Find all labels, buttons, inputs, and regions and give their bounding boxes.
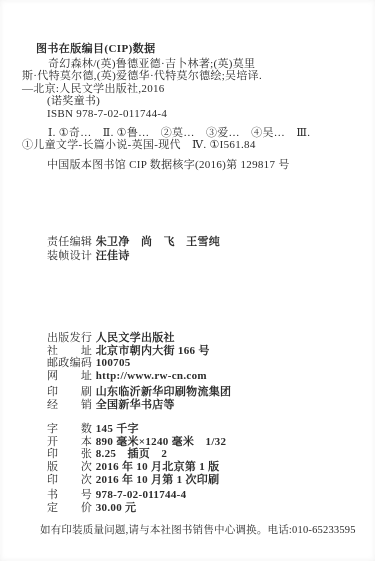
colophon-row: 印 刷 山东临沂新华印刷物流集团 <box>47 386 231 399</box>
field-value: 890 毫米×1240 毫米 1/32 <box>96 436 227 448</box>
field-value: 朱卫净 尚 飞 王雪纯 <box>96 236 220 248</box>
cip-classification: Ⅰ. ①奇… Ⅱ. ①鲁… ②莫… ③爱… ④吴… Ⅲ. ①儿童文学-长篇小说-… <box>22 127 310 152</box>
book-number-group: 书 号 978-7-02-011744-4 定 价 30.00 元 <box>47 489 186 514</box>
field-value: 2016 年 10 月北京第 1 版 <box>96 461 220 473</box>
field-label: 印 张 <box>47 448 93 461</box>
cip-description: 奇幻森林/(英)鲁德亚德·吉卜林著;(英)莫里 斯·代特莫尔德,(英)爱德华·代… <box>22 58 262 120</box>
isbn-line: ISBN 978-7-02-011744-4 <box>22 108 262 120</box>
field-label: 书 号 <box>47 489 93 502</box>
printing-info-group: 印 刷 山东临沂新华印刷物流集团 经 销 全国新华书店等 <box>47 386 231 411</box>
field-value: 山东临沂新华印刷物流集团 <box>96 386 232 398</box>
series-name: (诺奖童书) <box>22 95 262 107</box>
field-label: 版 次 <box>47 461 93 474</box>
colophon-row: 邮政编码 100705 <box>47 357 210 370</box>
field-label: 装帧设计 <box>47 250 93 264</box>
cip-desc-line-2: 斯·代特莫尔德,(英)爱德华·代特莫尔德绘;吴培译. <box>22 70 262 82</box>
colophon-row: 定 价 30.00 元 <box>47 502 186 515</box>
field-value: http://www.rw-cn.com <box>96 370 207 382</box>
field-label: 社 址 <box>47 345 93 358</box>
field-label: 开 本 <box>47 436 93 449</box>
classification-line-2: ①儿童文学-长篇小说-英国-现代 Ⅳ. ①I561.84 <box>22 139 310 151</box>
staff-block: 责任编辑 朱卫净 尚 飞 王雪纯 装帧设计 汪佳诗 <box>47 236 220 263</box>
colophon-row: 印 张 8.25 插页 2 <box>47 448 226 461</box>
quality-exchange-note: 如有印装质量问题,请与本社图书销售中心调换。电话:010-65233595 <box>40 522 356 537</box>
colophon-row: 开 本 890 毫米×1240 毫米 1/32 <box>47 436 226 449</box>
field-value: 2016 年 10 月第 1 次印刷 <box>96 474 220 486</box>
field-label: 定 价 <box>47 502 93 515</box>
cip-header: 图书在版编目(CIP)数据 <box>36 40 155 56</box>
field-value: 全国新华书店等 <box>96 399 175 411</box>
field-label: 经 销 <box>47 399 93 412</box>
field-label: 印 刷 <box>47 386 93 399</box>
staff-row-editors: 责任编辑 朱卫净 尚 飞 王雪纯 <box>47 236 220 250</box>
colophon-row: 经 销 全国新华书店等 <box>47 399 231 412</box>
field-label: 印 次 <box>47 474 93 487</box>
publisher-info-group: 出版发行 人民文学出版社 社 址 北京市朝内大街 166 号 邮政编码 1007… <box>47 332 210 383</box>
cip-desc-line-3: —北京:人民文学出版社,2016 <box>22 83 262 95</box>
field-value: 145 千字 <box>96 423 139 435</box>
field-value: 978-7-02-011744-4 <box>96 489 187 501</box>
field-value: 8.25 插页 2 <box>96 448 167 460</box>
staff-row-designer: 装帧设计 汪佳诗 <box>47 250 220 264</box>
colophon-row: 出版发行 人民文学出版社 <box>47 332 210 345</box>
classification-line-1: Ⅰ. ①奇… Ⅱ. ①鲁… ②莫… ③爱… ④吴… Ⅲ. <box>22 127 310 139</box>
colophon-row: 社 址 北京市朝内大街 166 号 <box>47 345 210 358</box>
copyright-page: 图书在版编目(CIP)数据 奇幻森林/(英)鲁德亚德·吉卜林著;(英)莫里 斯·… <box>0 0 375 561</box>
field-label: 出版发行 <box>47 332 93 345</box>
colophon-row: 版 次 2016 年 10 月北京第 1 版 <box>47 461 226 474</box>
field-label: 责任编辑 <box>47 236 93 250</box>
field-value: 100705 <box>96 357 131 369</box>
colophon-row: 网 址 http://www.rw-cn.com <box>47 370 210 383</box>
field-label: 字 数 <box>47 423 93 436</box>
colophon-row: 字 数 145 千字 <box>47 423 226 436</box>
field-value: 汪佳诗 <box>96 250 130 262</box>
colophon-row: 印 次 2016 年 10 月第 1 次印刷 <box>47 474 226 487</box>
field-value: 30.00 元 <box>96 502 137 514</box>
field-value: 北京市朝内大街 166 号 <box>96 345 210 357</box>
field-value: 人民文学出版社 <box>96 332 175 344</box>
field-label: 邮政编码 <box>47 357 93 370</box>
cip-record-number: 中国版本图书馆 CIP 数据核字(2016)第 129817 号 <box>47 159 290 171</box>
field-label: 网 址 <box>47 370 93 383</box>
format-info-group: 字 数 145 千字 开 本 890 毫米×1240 毫米 1/32 印 张 8… <box>47 423 226 487</box>
cip-desc-line-1: 奇幻森林/(英)鲁德亚德·吉卜林著;(英)莫里 <box>22 58 262 70</box>
colophon-row: 书 号 978-7-02-011744-4 <box>47 489 186 502</box>
